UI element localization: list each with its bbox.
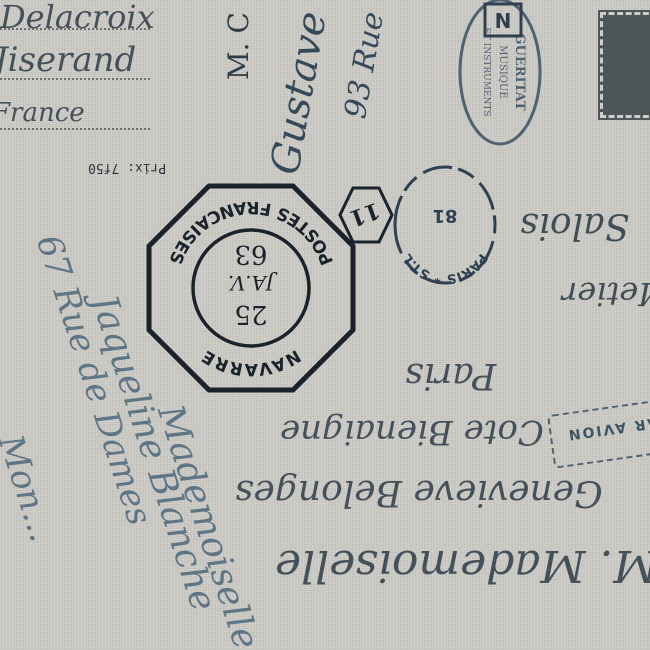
oval-line3: ET INSTRUMENTS <box>481 27 491 116</box>
top-left-address-line3: France <box>0 98 85 128</box>
octagon-day: 25 <box>234 299 267 329</box>
oval-badge: N <box>495 9 512 33</box>
top-center-address-name: Gustave <box>262 8 336 178</box>
oval-merchant-stamp: GUERITAT MUSIQUE ET INSTRUMENTS N <box>455 0 545 148</box>
center-address-line1: Paris <box>405 355 496 396</box>
postage-stamp <box>600 12 650 118</box>
small-hex-number: 11 <box>346 197 384 232</box>
top-left-address-line2: Jiserand <box>0 40 136 80</box>
small-hex-mark: 11 <box>335 185 395 245</box>
svg-text:PARIS * ST.L: PARIS * ST.L <box>400 251 490 286</box>
top-left-address-line1: Delacroix <box>0 0 155 36</box>
octagon-postmark-graphic: NAVARRE POSTES FRANCAISES 25 JA.V. 63 <box>145 182 357 394</box>
top-center-address-street: 93 Rue <box>338 9 391 121</box>
top-center-address-prefix: M. C <box>222 12 255 80</box>
price-label: Prix: 7f50 <box>88 160 166 175</box>
paris-ring-text: PARIS * ST.L <box>400 251 490 286</box>
paris-center-text: 81 <box>432 205 457 226</box>
right-address-line2: Metier <box>562 275 650 313</box>
right-address-line1: Salois <box>520 205 629 246</box>
octagon-year: 63 <box>234 239 267 269</box>
paris-postmark: PARIS * ST.L 81 <box>390 160 500 290</box>
airmail-label: PAR AVION <box>547 395 650 469</box>
oval-line2: MUSIQUE <box>497 45 508 98</box>
dotted-rule <box>0 78 150 80</box>
dotted-rule <box>0 128 150 130</box>
oval-line1: GUERITAT <box>512 33 527 111</box>
octagon-month: JA.V. <box>228 271 278 295</box>
left-address-line4: Mon... <box>0 430 62 547</box>
center-address-line2: Cote Bienaigne <box>280 412 544 452</box>
octagon-postmark: NAVARRE POSTES FRANCAISES 25 JA.V. 63 <box>145 182 357 394</box>
airmail-label-text: PAR AVION <box>566 412 650 442</box>
dotted-rule <box>0 28 150 30</box>
center-address-line4: M. Mademoiselle <box>275 540 650 591</box>
center-address-line3: Genevieve Belonges <box>235 472 603 513</box>
svg-text:NAVARRE: NAVARRE <box>198 345 304 379</box>
octagon-top-text: NAVARRE <box>198 345 304 379</box>
